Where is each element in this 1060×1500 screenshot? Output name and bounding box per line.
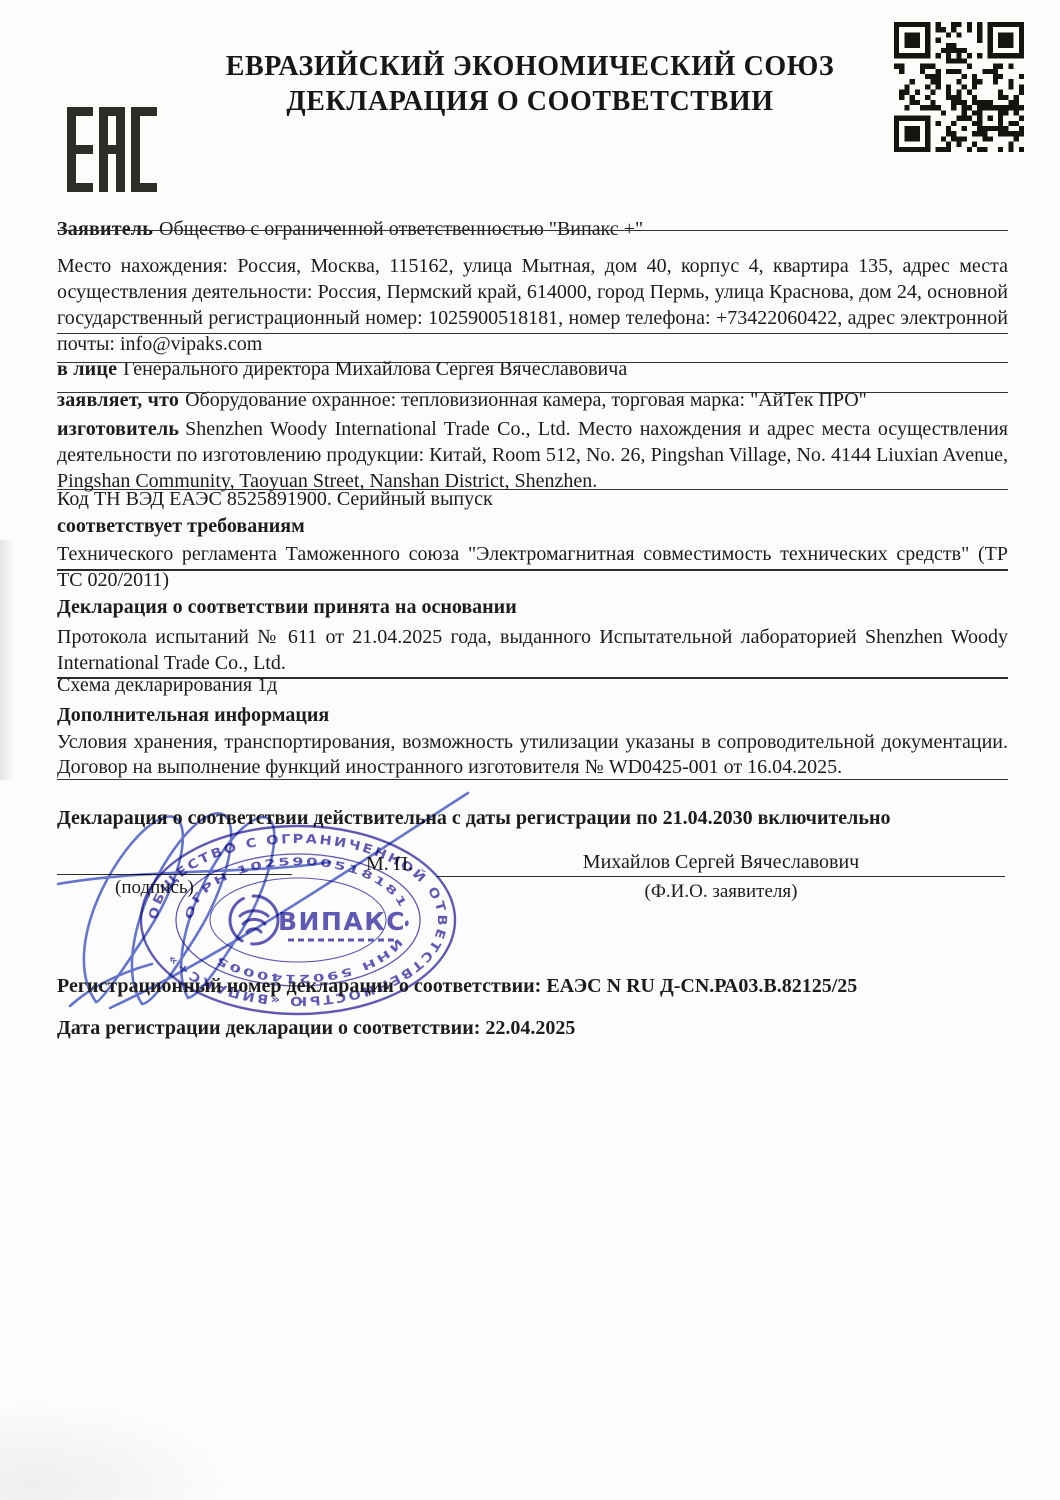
declaration-scheme-line: Схема декларирования 1д (57, 672, 1008, 698)
registration-number-line: Регистрационный номер декларации о соотв… (57, 973, 1008, 999)
declares-line: заявляет, чтоОборудование охранное: тепл… (57, 387, 1008, 413)
basis-text: Протокола испытаний № 611 от 21.04.2025 … (57, 624, 1008, 676)
separator-line (57, 569, 1008, 571)
complies-text: Технического регламента Таможенного союз… (57, 541, 1008, 593)
separator-line (57, 779, 1008, 780)
additional-heading: Дополнительная информация (57, 702, 1008, 728)
eac-mark-icon (67, 107, 157, 195)
registration-date-label: Дата регистрации декларации о соответств… (57, 1017, 480, 1039)
signatory-caption: (Ф.И.О. заявителя) (437, 881, 1005, 903)
represented-by-line: в лицеГенерального директора Михайлова С… (57, 356, 1008, 382)
registration-number-label: Регистрационный номер декларации о соотв… (57, 975, 541, 997)
basis-heading: Декларация о соответствии принята на осн… (57, 594, 1008, 620)
scan-smudge (0, 540, 14, 780)
stamp-logo-icon (230, 896, 278, 944)
applicant-line: ЗаявительОбщество с ограниченной ответст… (57, 216, 1008, 242)
registration-date-line: Дата регистрации декларации о соответств… (57, 1015, 1008, 1041)
manufacturer-label: изготовитель (57, 418, 179, 440)
stamp-company-name: ВИПАКС (278, 907, 406, 936)
separator-line (57, 230, 1008, 231)
separator-line (57, 489, 1008, 490)
applicant-label: Заявитель (57, 218, 153, 240)
separator-line (57, 392, 1008, 393)
separator-line (57, 677, 1008, 679)
complies-heading: соответствует требованиям (57, 513, 1008, 539)
additional-text: Условия хранения, транспортирования, воз… (57, 730, 1008, 780)
registration-date-value: 22.04.2025 (485, 1017, 575, 1039)
separator-line (57, 333, 1008, 334)
manufacturer-value: Shenzhen Woody International Trade Co., … (57, 418, 1008, 492)
manufacturer-paragraph: изготовительShenzhen Woody International… (57, 416, 1008, 494)
qr-code-icon (894, 22, 1024, 152)
applicant-value: Общество с ограниченной ответственностью… (159, 218, 643, 240)
registration-number-value: ЕАЭС N RU Д-CN.РА03.В.82125/25 (546, 975, 857, 997)
applicant-address: Место нахождения: Россия, Москва, 115162… (57, 253, 1008, 357)
signatory-underline (437, 876, 1005, 877)
signatory-name: Михайлов Сергей Вячеславович (437, 851, 1005, 874)
scan-smudge (0, 1400, 230, 1500)
separator-line (57, 362, 1008, 363)
declaration-document: ЕВРАЗИЙСКИЙ ЭКОНОМИЧЕСКИЙ СОЮЗ ДЕКЛАРАЦИ… (0, 0, 1060, 1500)
